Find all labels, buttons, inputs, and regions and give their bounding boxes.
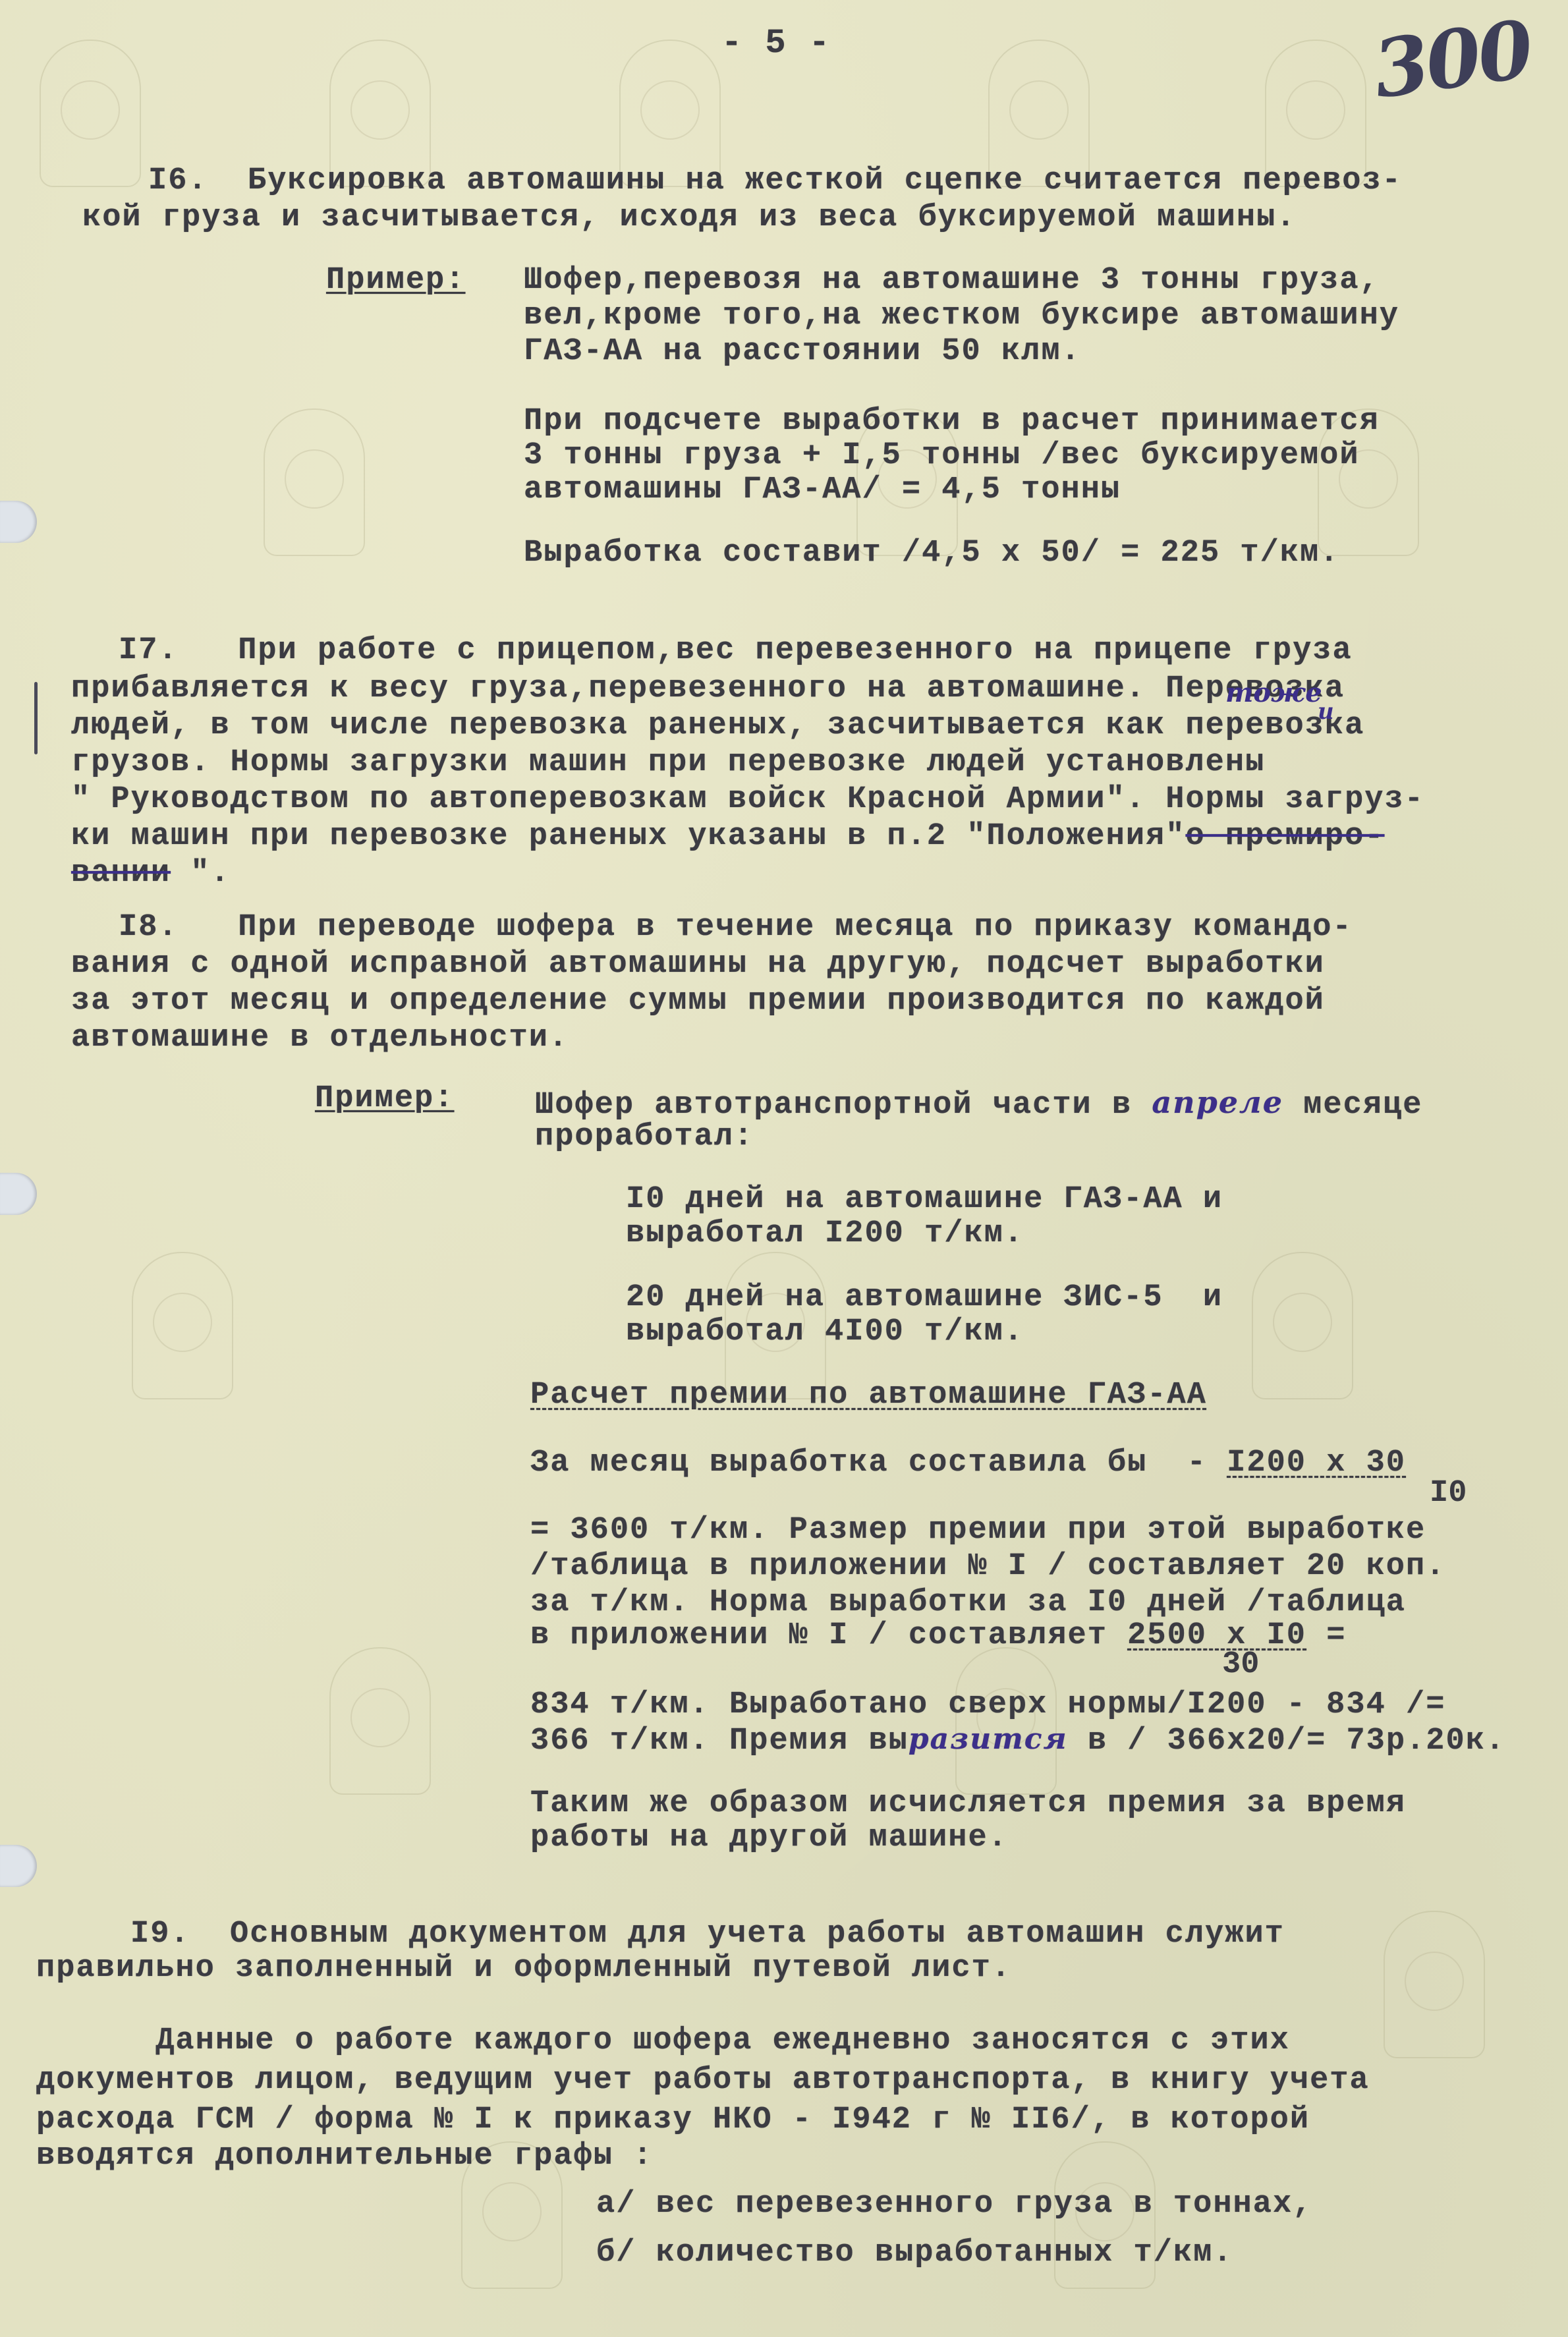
section-19-line: правильно заполненный и оформленный путе… [36, 1950, 1011, 1987]
section-17-line: " Руководством по автоперевозкам войск К… [71, 781, 1424, 818]
watermark-emblem [264, 408, 365, 556]
closing-line: Таким же образом исчисляется премия за в… [530, 1786, 1406, 1822]
section-18-line: вания с одной исправной автомашины на др… [71, 946, 1325, 983]
section-19-line: I9. Основным документом для учета работы… [130, 1916, 1285, 1953]
fraction-numerator: 2500 х I0 [1127, 1618, 1306, 1653]
section-17-line: людей, в том числе перевозка раненых, за… [71, 708, 1364, 745]
calc-line: = 3600 т/км. Размер премии при этой выра… [530, 1512, 1426, 1549]
calc-line: При подсчете выработки в расчет принимае… [524, 403, 1380, 440]
fraction-numerator: I200 х 30 [1227, 1446, 1406, 1480]
fraction-denominator: I0 [1430, 1476, 1467, 1511]
work-item-line: I0 дней на автомашине ГАЗ-АА и [626, 1181, 1223, 1218]
section-18-line: за этот месяц и определение суммы премии… [71, 983, 1325, 1020]
watermark-emblem [1384, 1911, 1485, 2058]
example-line: Шофер автотранспортной части в апреле ме… [535, 1084, 1422, 1124]
example-line: ГАЗ-АА на расстоянии 50 клм. [524, 333, 1081, 370]
fraction-denominator: 30 [1222, 1647, 1259, 1682]
document-page: - 5 - 300 I6. Буксировка автомашины на ж… [0, 0, 1568, 2337]
calc-heading: Расчет премии по автомашине ГАЗ-АА [530, 1377, 1207, 1414]
section-17-line: ки машин при перевозке раненых указаны в… [71, 818, 1385, 855]
section-18-line: автомашине в отдельности. [71, 1020, 569, 1057]
calc-line: 3 тонны груза + I,5 тонны /вес буксируем… [524, 437, 1360, 474]
calc-line: за т/км. Норма выработки за I0 дней /таб… [530, 1585, 1406, 1621]
section-16-line: кой груза и засчитывается, исходя из вес… [82, 200, 1296, 237]
section-19-line: расхода ГСМ / форма № I к приказу НКО - … [36, 2102, 1310, 2139]
page-number: - 5 - [721, 25, 831, 62]
example-line: вел,кроме того,на жестком буксире автома… [524, 298, 1399, 335]
column-item: а/ вес перевезенного груза в тоннах, [596, 2186, 1312, 2223]
handwritten-month: апреле [1152, 1084, 1283, 1120]
struck-text: о премиро- [1185, 819, 1384, 854]
section-17-line: I7. При работе с прицепом,вес перевезенн… [119, 633, 1353, 669]
punch-hole [0, 1173, 37, 1215]
calc-line: /таблица в приложении № I / составляет 2… [530, 1548, 1445, 1585]
watermark-emblem [1252, 1252, 1353, 1399]
work-item-line: выработал I200 т/км. [626, 1216, 1024, 1253]
section-19-line: вводятся дополнительные графы : [36, 2138, 653, 2175]
result-line: Выработка составит /4,5 х 50/ = 225 т/км… [524, 535, 1339, 572]
watermark-emblem [329, 1647, 431, 1795]
section-19-line: Данные о работе каждого шофера ежедневно… [36, 2023, 1290, 2060]
watermark-emblem [132, 1252, 233, 1399]
closing-line: работы на другой машине. [530, 1820, 1008, 1857]
watermark-emblem [40, 40, 141, 187]
calc-line: 834 т/км. Выработано сверх нормы/I200 - … [530, 1687, 1445, 1724]
handwritten-correction: разится [909, 1722, 1068, 1756]
section-17-line: прибавляется к весу груза,перевезенного … [71, 671, 1345, 708]
punch-hole [0, 501, 37, 543]
work-item-line: 20 дней на автомашине ЗИС-5 и [626, 1280, 1223, 1316]
work-item-line: выработал 4I00 т/км. [626, 1314, 1024, 1351]
section-17-line: грузов. Нормы загрузки машин при перевоз… [71, 745, 1265, 781]
punch-hole [0, 1845, 37, 1887]
handwritten-insert: тоже [1225, 677, 1322, 708]
handwritten-insert: и [1318, 698, 1334, 725]
example-line: Шофер,перевозя на автомашине 3 тонны гру… [524, 262, 1380, 299]
section-16-line: I6. Буксировка автомашины на жесткой сце… [148, 163, 1402, 200]
struck-text: вании [71, 856, 171, 891]
column-item: б/ количество выработанных т/км. [596, 2235, 1233, 2272]
example-label: Пример: [326, 262, 465, 299]
calc-line: 366 т/км. Премия выразится в / 366х20/= … [530, 1721, 1505, 1760]
example-label: Пример: [315, 1081, 454, 1117]
section-19-line: документов лицом, ведущим учет работы ав… [36, 2062, 1370, 2099]
example-line: проработал: [535, 1119, 754, 1156]
section-18-line: I8. При переводе шофера в течение месяца… [119, 909, 1353, 946]
calc-line: автомашины ГАЗ-АА/ = 4,5 тонны [524, 472, 1121, 509]
folio-number-handwritten: 300 [1368, 3, 1536, 117]
margin-pencil-mark [34, 682, 38, 754]
calc-line: За месяц выработка составила бы - I200 х… [530, 1445, 1406, 1482]
section-17-line: вании ". [71, 855, 231, 892]
